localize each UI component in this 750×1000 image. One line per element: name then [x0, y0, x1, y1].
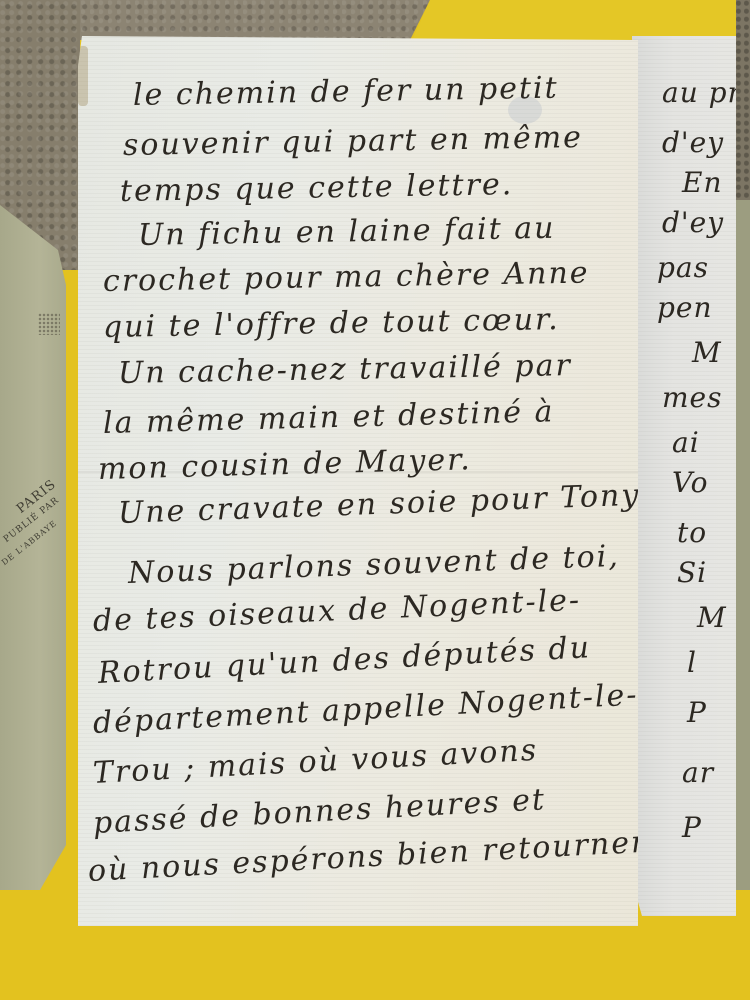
letter-line: Rotrou qu'un des députés du: [97, 630, 592, 691]
fragment: d'ey: [662, 126, 724, 159]
fragment: Vo: [672, 466, 709, 499]
letter-line: Un fichu en laine fait au: [138, 211, 556, 253]
letter-line: temps que cette lettre.: [120, 167, 514, 209]
fragment: l: [687, 646, 697, 679]
letter-second-page: au pr d'ey En d'ey pas pen M mes ai Vo t…: [632, 36, 736, 916]
fragment: pas: [657, 251, 709, 284]
fragment: ar: [682, 756, 714, 789]
stamp-icon: [38, 313, 60, 335]
letter-line: le chemin de fer un petit: [133, 71, 559, 113]
fragment: ai: [672, 426, 700, 459]
letter-line: souvenir qui part en même: [123, 120, 584, 163]
letter-line: Trou ; mais où vous avons: [92, 733, 539, 791]
paper-stain: [78, 46, 88, 106]
fragment: M: [697, 601, 727, 634]
letter-line: de tes oiseaux de Nogent-le-: [92, 583, 582, 639]
fragment: M: [692, 336, 722, 369]
letter-page: le chemin de fer un petit souvenir qui p…: [78, 36, 638, 926]
letter-line: mon cousin de Mayer.: [98, 442, 473, 487]
letter-line: passé de bonnes heures et: [92, 782, 547, 841]
envelope: [0, 205, 66, 890]
fragment: P: [687, 696, 707, 729]
fragment: P: [682, 811, 702, 844]
fragment: au pr: [662, 76, 742, 109]
fragment: d'ey: [662, 206, 724, 239]
letter-line: Un cache-nez travaillé par: [118, 348, 572, 391]
letter-line: qui te l'offre de tout cœur.: [103, 302, 560, 345]
fragment: En: [682, 166, 722, 199]
fragment: pen: [657, 291, 713, 324]
envelope-right-edge: [736, 200, 750, 890]
letter-line: crochet pour ma chère Anne: [103, 256, 590, 299]
fragment: Si: [677, 556, 707, 589]
letter-line: Une cravate en soie pour Tony.: [117, 478, 648, 531]
fragment: mes: [662, 381, 723, 414]
fragment: to: [677, 516, 707, 549]
letter-line: la même main et destiné à: [103, 394, 555, 441]
carpet-background-right: [736, 0, 750, 210]
